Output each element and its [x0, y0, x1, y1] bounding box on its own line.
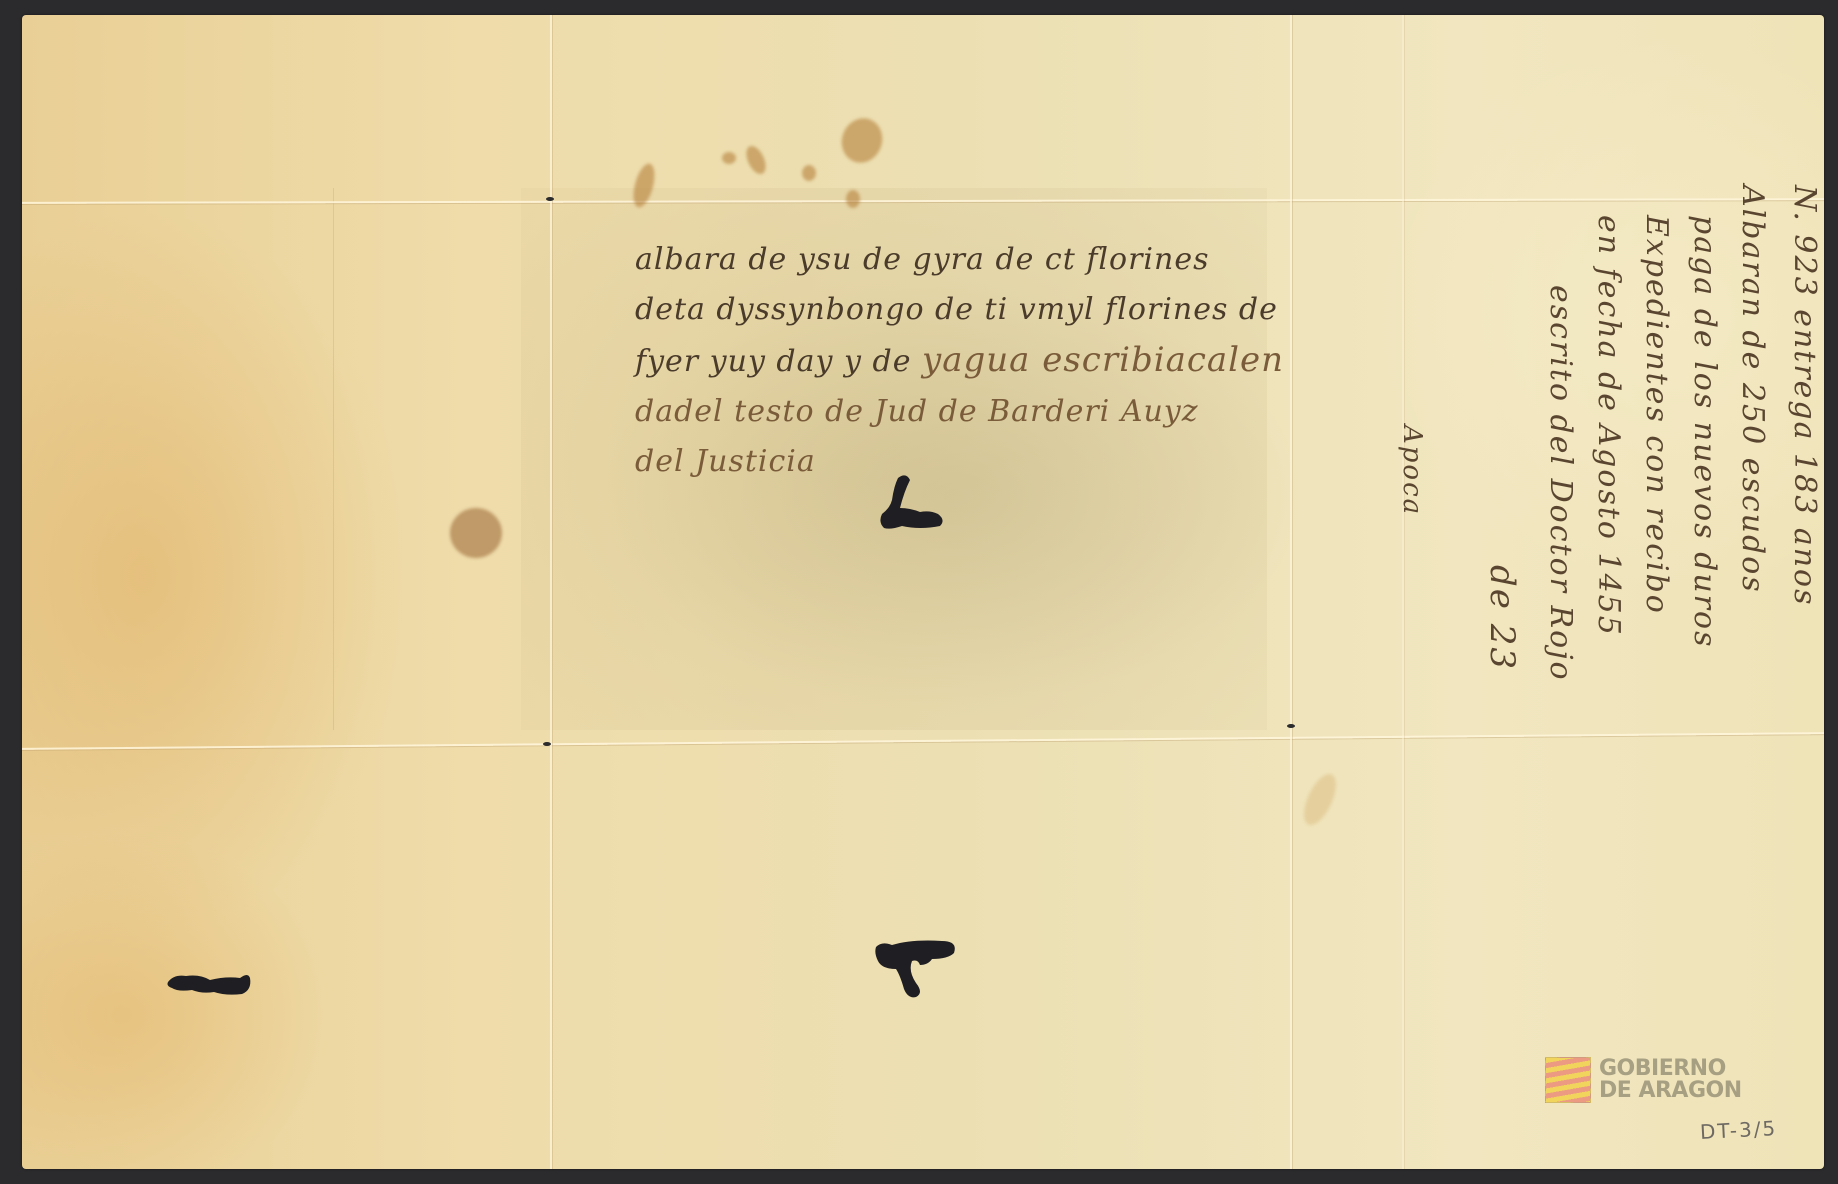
annotation-line: fyer yuy day y de — [635, 344, 911, 379]
annotation-line: albara de ysu de gyra de ct florines — [635, 235, 1284, 285]
margin-line: Albaran de 250 escudos — [1735, 185, 1770, 594]
annotation-line: deta dyssynbongo de ti vmyl florines de — [635, 285, 1284, 335]
brown-spot — [450, 508, 502, 558]
logo-line-2: DE ARAGON — [1599, 1080, 1742, 1102]
margin-line: de 23 — [1482, 565, 1522, 671]
side-note: Apoca — [1397, 425, 1427, 516]
gobierno-de-aragon-logo: GOBIERNO DE ARAGON — [1545, 1057, 1742, 1103]
stain — [722, 152, 736, 164]
left-fold-line — [550, 15, 552, 1169]
margin-line: escrito del Doctor Rojo — [1543, 285, 1578, 682]
archive-reference: DT-3/5 — [1699, 1116, 1777, 1144]
logo-line-1: GOBIERNO — [1599, 1058, 1742, 1080]
margin-line: en fecha de Agosto 1455 — [1591, 215, 1626, 637]
annotation-line-faded: del Justicia — [635, 437, 1284, 487]
margin-line: Expedientes con recibo — [1639, 215, 1674, 615]
stain — [802, 165, 816, 181]
pinhole — [546, 197, 554, 201]
right-fold-line — [1290, 15, 1292, 1169]
far-right-fold-line — [1402, 15, 1404, 1169]
annotation-line-faded: dadel testo de Jud de Barderi Auyz — [635, 387, 1284, 437]
annotation-line-faded: yagua escribiacalen — [922, 340, 1284, 380]
margin-line: paga de los nuevos duros — [1687, 215, 1722, 648]
stain — [846, 190, 860, 208]
pinhole — [543, 742, 551, 746]
faint-panel-outline — [333, 188, 522, 730]
aragon-flag-icon — [1545, 1057, 1591, 1103]
pinhole — [1287, 724, 1295, 728]
ink-blot — [872, 935, 972, 1010]
main-handwritten-annotation: albara de ysu de gyra de ct florines det… — [635, 235, 1284, 487]
ink-blot — [166, 968, 256, 1008]
margin-line: N. 923 entrega 183 anos — [1787, 185, 1822, 607]
